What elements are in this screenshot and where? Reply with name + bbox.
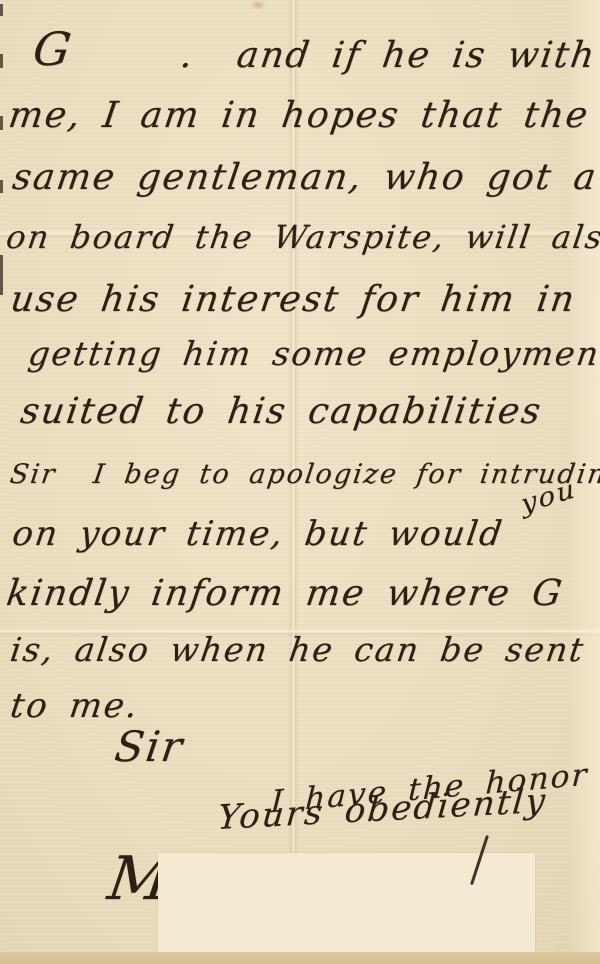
- letter-line-8: Sir I beg to apologize for intruding: [8, 460, 600, 490]
- letter-line-11: is, also when he can be sent: [8, 632, 587, 668]
- letter-line-4: on board the Warspite, will also: [4, 220, 600, 255]
- letter-line-6: getting him some employment: [26, 336, 600, 372]
- letter-line-5: use his interest for him in: [8, 280, 579, 320]
- letter-page: G . and if he is with me, I am in hopes …: [0, 0, 600, 964]
- letter-line-3: same gentleman, who got a: [10, 158, 600, 198]
- redaction-overlay: [158, 853, 535, 952]
- letter-line-7: suited to his capabilities: [18, 392, 545, 432]
- letter-line-1: . and if he is with: [178, 36, 599, 76]
- scan-edge-mark: [0, 116, 3, 130]
- letter-line-2: me, I am in hopes that the: [6, 96, 592, 136]
- letter-line-9: on your time, but would: [10, 516, 506, 553]
- letter-line-1-initial: G: [30, 24, 76, 75]
- letter-line-12: to me.: [8, 688, 141, 725]
- closing-salutation: Sir: [112, 724, 187, 770]
- letter-line-10: kindly inform me where G: [4, 574, 566, 614]
- top-edge-stain: [250, 0, 266, 10]
- page-bottom-edge: [0, 952, 600, 964]
- scan-edge-mark: [0, 54, 3, 68]
- scan-edge-mark: [0, 4, 3, 16]
- scan-edge-mark: [0, 255, 3, 295]
- scan-edge-mark: [0, 180, 3, 193]
